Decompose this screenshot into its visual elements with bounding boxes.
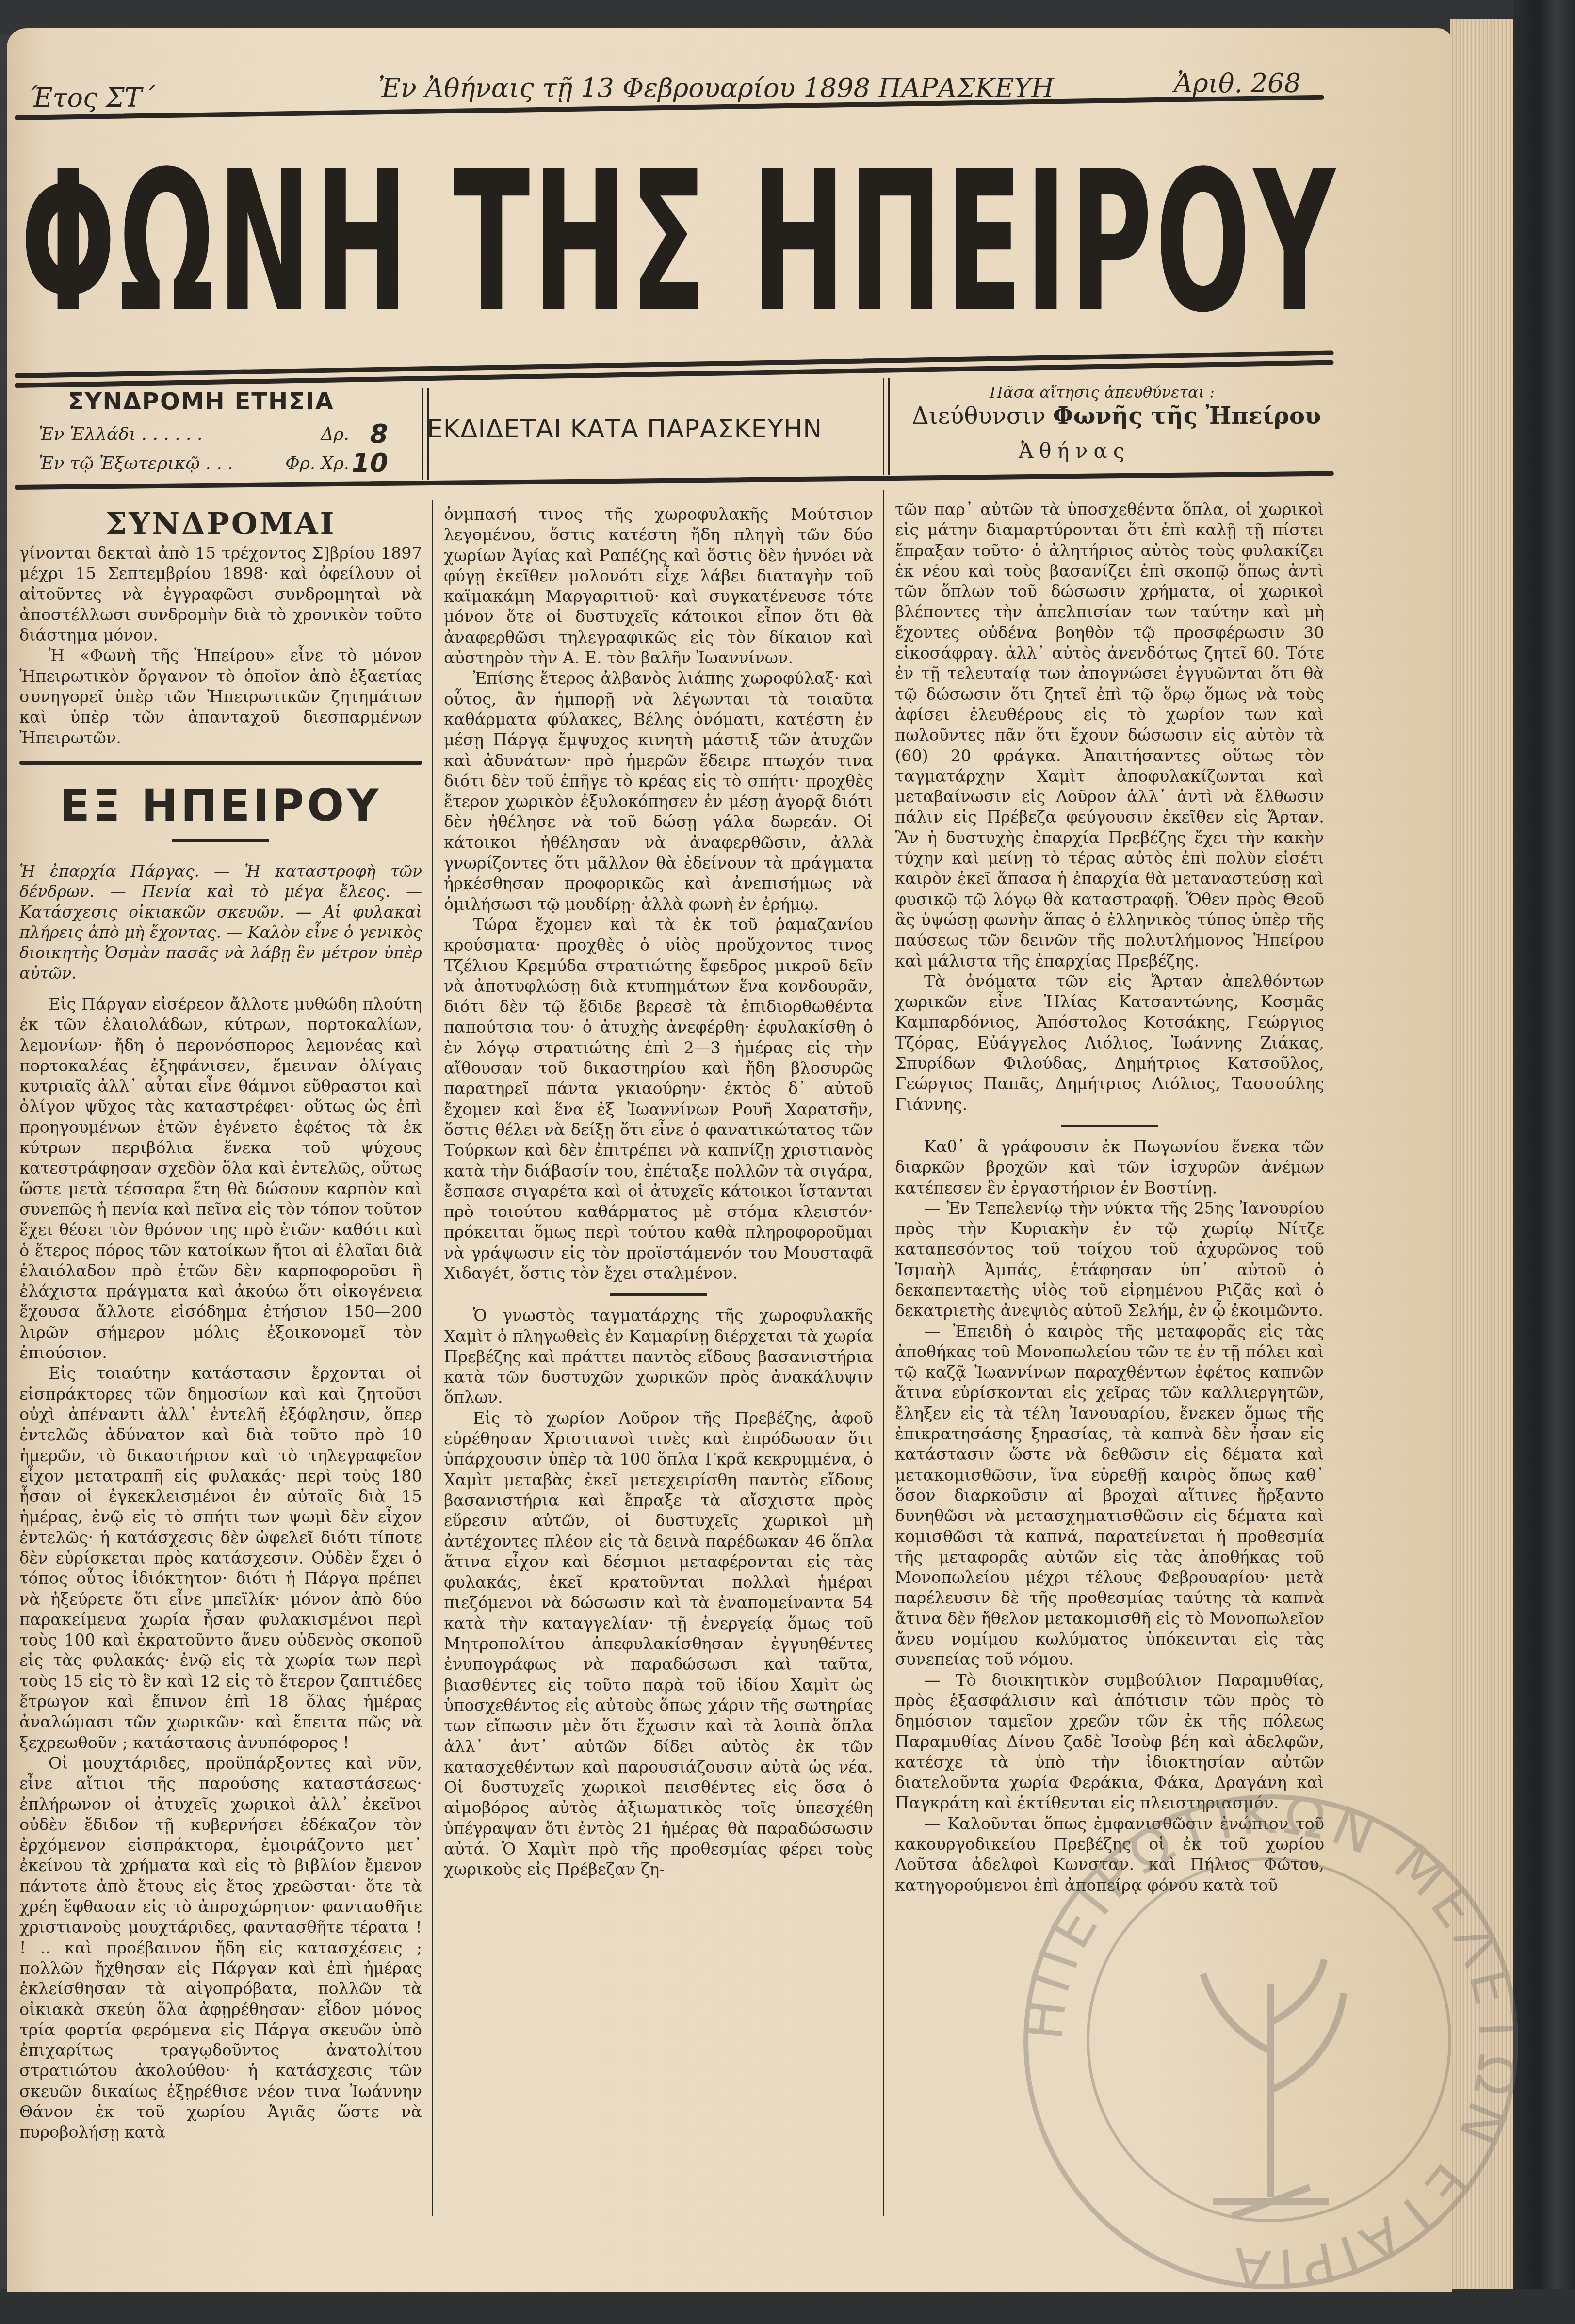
article-paragraph: Ἐπίσης ἕτερος ἀλβανὸς λιάπης χωροφύλαξ· … — [444, 668, 873, 915]
address-pre: Διεύθυνσιν — [912, 403, 1046, 430]
notice-paragraph: γίνονται δεκταὶ ἀπὸ 15 τρέχοντος Σ]βρίου… — [19, 543, 422, 646]
subscription-label: Ἐν τῷ Ἐξωτερικῷ . . . — [39, 453, 233, 473]
library-stamp: ΗΠΕΙΡΩΤΙΚΩΝ ΜΕΛΕΤΩΝ ΕΤΑΙΡΙΑ — [1023, 1794, 1518, 2289]
column-divider-1 — [432, 500, 433, 2216]
news-item: Καθ᾽ ἃ γράφουσιν ἐκ Πωγωνίου ἕνεκα τῶν δ… — [895, 1137, 1324, 1198]
news-item: — Τὸ διοικητικὸν συμβούλιον Παραμυθίας, … — [895, 1670, 1324, 1814]
section-title: ΕΞ ΗΠΕΙΡΟΥ — [19, 779, 422, 833]
news-item: — Ἐν Τεπελενίῳ τὴν νύκτα τῆς 25ης Ἰανουρ… — [895, 1198, 1324, 1322]
column-middle: ὀνμπασή τινος τῆς χωροφυλακῆς Μούτσιον λ… — [444, 504, 873, 1880]
column-right: τῶν παρ᾽ αὐτῶν τὰ ὑποσχεθέντα ὅπλα, οἱ χ… — [895, 500, 1324, 1896]
notice-paragraph: Ἡ «Φωνὴ τῆς Ἠπείρου» εἶνε τὸ μόνον Ἠπειρ… — [19, 646, 422, 748]
address-paper-name: Φωνῆς τῆς Ἠπείρου — [1053, 403, 1321, 430]
issue-year: Έτος ΣΤ΄ — [29, 82, 155, 113]
subscription-currency: Δρ. — [321, 424, 349, 444]
article-paragraph: τῶν παρ᾽ αὐτῶν τὰ ὑποσχεθέντα ὅπλα, οἱ χ… — [895, 500, 1324, 971]
subscription-amount: 10 — [352, 448, 388, 478]
address-line: Διεύθυνσιν Φωνῆς τῆς Ἠπείρου — [912, 403, 1321, 430]
book-binding-bottom — [0, 2289, 1575, 2324]
dateline: Ἐν Ἀθήναις τῇ 13 Φεβρουαρίου 1898 ΠΑΡΑΣΚ… — [378, 73, 1054, 103]
tree-emblem-icon — [1203, 1959, 1344, 2216]
title-underline — [172, 839, 269, 842]
section-lead: Ἡ ἐπαρχία Πάργας. — Ἡ καταστροφὴ τῶν δέν… — [19, 861, 422, 984]
subscription-row-greece: Ἐν Ἑλλάδι . . . . . . Δρ. 8 — [39, 424, 388, 444]
issue-number: Ἀριθ. 268 — [1174, 68, 1301, 98]
article-paragraph: Εἰς Πάργαν εἰσέρεον ἄλλοτε μυθώδη πλούτη… — [19, 994, 422, 1363]
subscription-currency: Φρ. Χρ. — [285, 453, 349, 473]
article-paragraph: Τώρα ἔχομεν καὶ τὰ ἐκ τοῦ ῥαμαζανίου κρο… — [444, 915, 873, 1284]
publication-note: ΕΚΔΙΔΕΤΑΙ ΚΑΤΑ ΠΑΡΑΣΚΕΥΗΝ — [427, 415, 822, 444]
address-prefix: Πᾶσα αἴτησις ἀπευθύνεται : — [990, 383, 1215, 402]
subscription-amount: 8 — [370, 419, 388, 449]
article-paragraph: Εἰς τὸ χωρίον Λοῦρον τῆς Πρεβέζης, ἀφοῦ … — [444, 1408, 873, 1880]
masthead-title: ΦΩΝΗ ΤΗΣ ΗΠΕΙΡΟΥ — [384, 136, 974, 349]
subscription-title: ΣΥΝΔΡΟΜΗ ΕΤΗΣΙΑ — [68, 388, 334, 415]
stamp-text-ring: ΗΠΕΙΡΩΤΙΚΩΝ ΜΕΛΕΤΩΝ ΕΤΑΙΡΙΑ — [1028, 1799, 1513, 2284]
section-rule — [19, 761, 422, 765]
article-paragraph: ὀνμπασή τινος τῆς χωροφυλακῆς Μούτσιον λ… — [444, 504, 873, 668]
article-paragraph: Τὰ ὀνόματα τῶν εἰς Ἄρταν ἀπελθόντων χωρι… — [895, 971, 1324, 1115]
address-city: Ἀθήνας — [1019, 439, 1130, 463]
article-separator — [610, 1293, 707, 1296]
column-left: ΣΥΝΔΡΟΜΑΙ γίνονται δεκταὶ ἀπὸ 15 τρέχοντ… — [19, 504, 422, 2143]
book-binding-spine — [1513, 0, 1575, 2324]
news-item: — Ἐπειδὴ ὁ καιρὸς τῆς μεταφορᾶς εἰς τὰς … — [895, 1322, 1324, 1670]
article-separator — [1061, 1125, 1158, 1127]
subscription-label: Ἐν Ἑλλάδι . . . . . . — [39, 424, 202, 444]
article-paragraph: Ὁ γνωστὸς ταγματάρχης τῆς χωροφυλακῆς Χα… — [444, 1306, 873, 1408]
subscriptions-notice-title: ΣΥΝΔΡΟΜΑΙ — [19, 504, 422, 543]
subscription-row-abroad: Ἐν τῷ Ἐξωτερικῷ . . . Φρ. Χρ. 10 — [39, 453, 388, 473]
article-paragraph: Εἰς τοιαύτην κατάστασιν ἔρχονται οἱ εἰσπ… — [19, 1363, 422, 1753]
column-divider-2 — [883, 490, 884, 2216]
header-divider-2 — [883, 378, 890, 475]
article-paragraph: Οἱ μουχτάριδες, προϋπάρξοντες καὶ νῦν, ε… — [19, 1753, 422, 2143]
